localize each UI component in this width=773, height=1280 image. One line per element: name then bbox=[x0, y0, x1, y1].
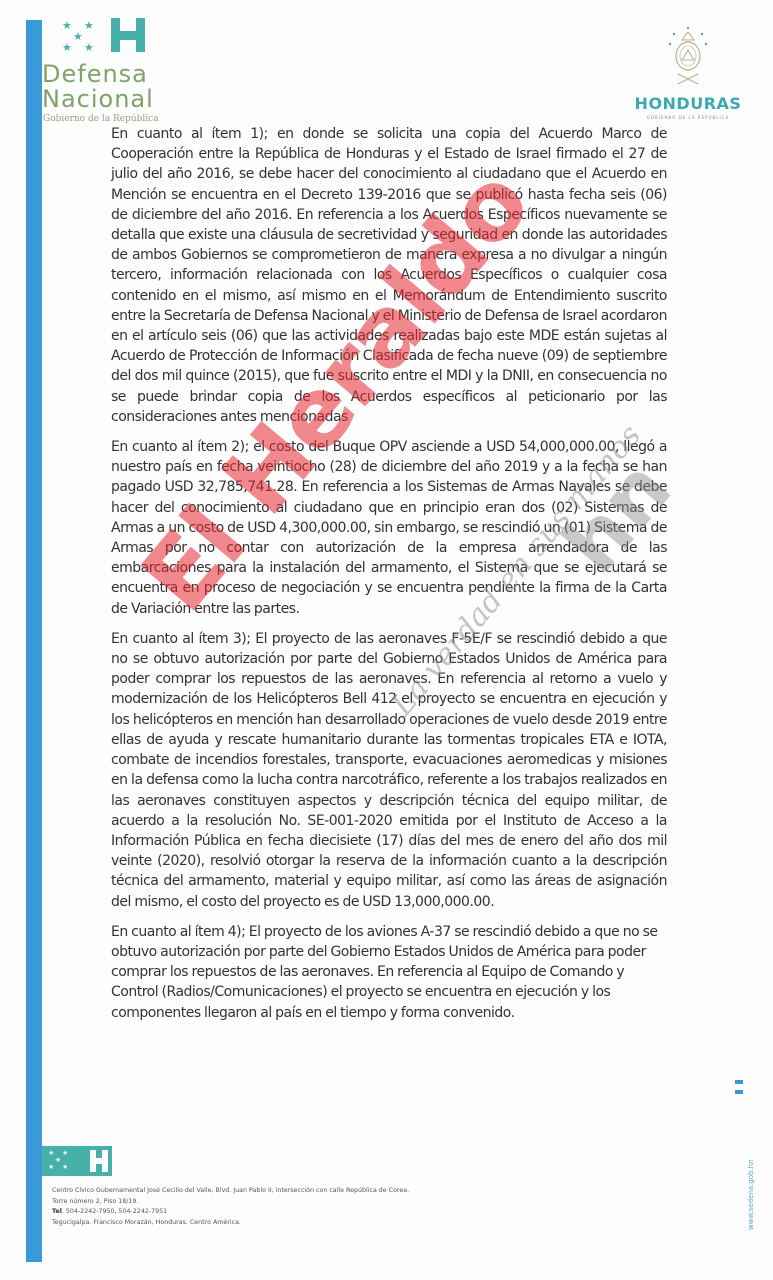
address-line-1: Centro Cívico Gubernamental José Cecilio… bbox=[52, 1186, 572, 1197]
phone-value: . 504-2242-7950, 504-2242-7951 bbox=[62, 1208, 167, 1215]
paragraph-item-2: En cuanto al ítem 2); el costo del Buque… bbox=[111, 437, 667, 619]
coat-of-arms-icon bbox=[668, 26, 708, 88]
h-letter-icon bbox=[111, 18, 145, 52]
defensa-nacional-logo: ★ ★ ★ ★ ★ Defensa Nacional Gobierno de l… bbox=[40, 16, 240, 126]
side-mark-2 bbox=[735, 1090, 743, 1094]
paragraph-item-4: En cuanto al ítem 4); El proyecto de los… bbox=[111, 922, 667, 1023]
website-link[interactable]: www.sedena.gob.hn bbox=[747, 1159, 755, 1230]
footer-stars-icon: ★ ★ ★ ★ ★ bbox=[48, 1150, 84, 1172]
footer-flag-logo: ★ ★ ★ ★ ★ bbox=[42, 1146, 112, 1176]
address-line-2: Torre número 2, Piso 18/19. bbox=[52, 1197, 572, 1208]
footer-address: Centro Cívico Gubernamental José Cecilio… bbox=[52, 1186, 572, 1228]
phone-label: Tel bbox=[52, 1208, 62, 1215]
brand-line1: Defensa bbox=[42, 62, 154, 87]
left-accent-bar bbox=[26, 20, 42, 1262]
address-phone: Tel. 504-2242-7950, 504-2242-7951 bbox=[52, 1207, 572, 1218]
honduras-logo: HONDURAS GOBIERNO DE LA REPÚBLICA bbox=[628, 20, 748, 120]
paragraph-item-1: En cuanto al ítem 1); en donde se solici… bbox=[111, 124, 667, 427]
honduras-title: HONDURAS bbox=[628, 94, 748, 113]
brand-name: Defensa Nacional bbox=[42, 62, 154, 112]
brand-line2: Nacional bbox=[42, 87, 154, 112]
footer-h-icon bbox=[90, 1150, 108, 1172]
side-mark-1 bbox=[735, 1080, 743, 1084]
letter-body: En cuanto al ítem 1); en donde se solici… bbox=[111, 124, 667, 1033]
honduras-subtitle: GOBIERNO DE LA REPÚBLICA bbox=[628, 115, 748, 120]
paragraph-item-3: En cuanto al ítem 3); El proyecto de las… bbox=[111, 629, 667, 912]
brand-subtitle: Gobierno de la República bbox=[43, 114, 159, 124]
address-line-4: Tegucigalpa, Francisco Morazán, Honduras… bbox=[52, 1218, 572, 1229]
side-marks bbox=[735, 1080, 745, 1100]
